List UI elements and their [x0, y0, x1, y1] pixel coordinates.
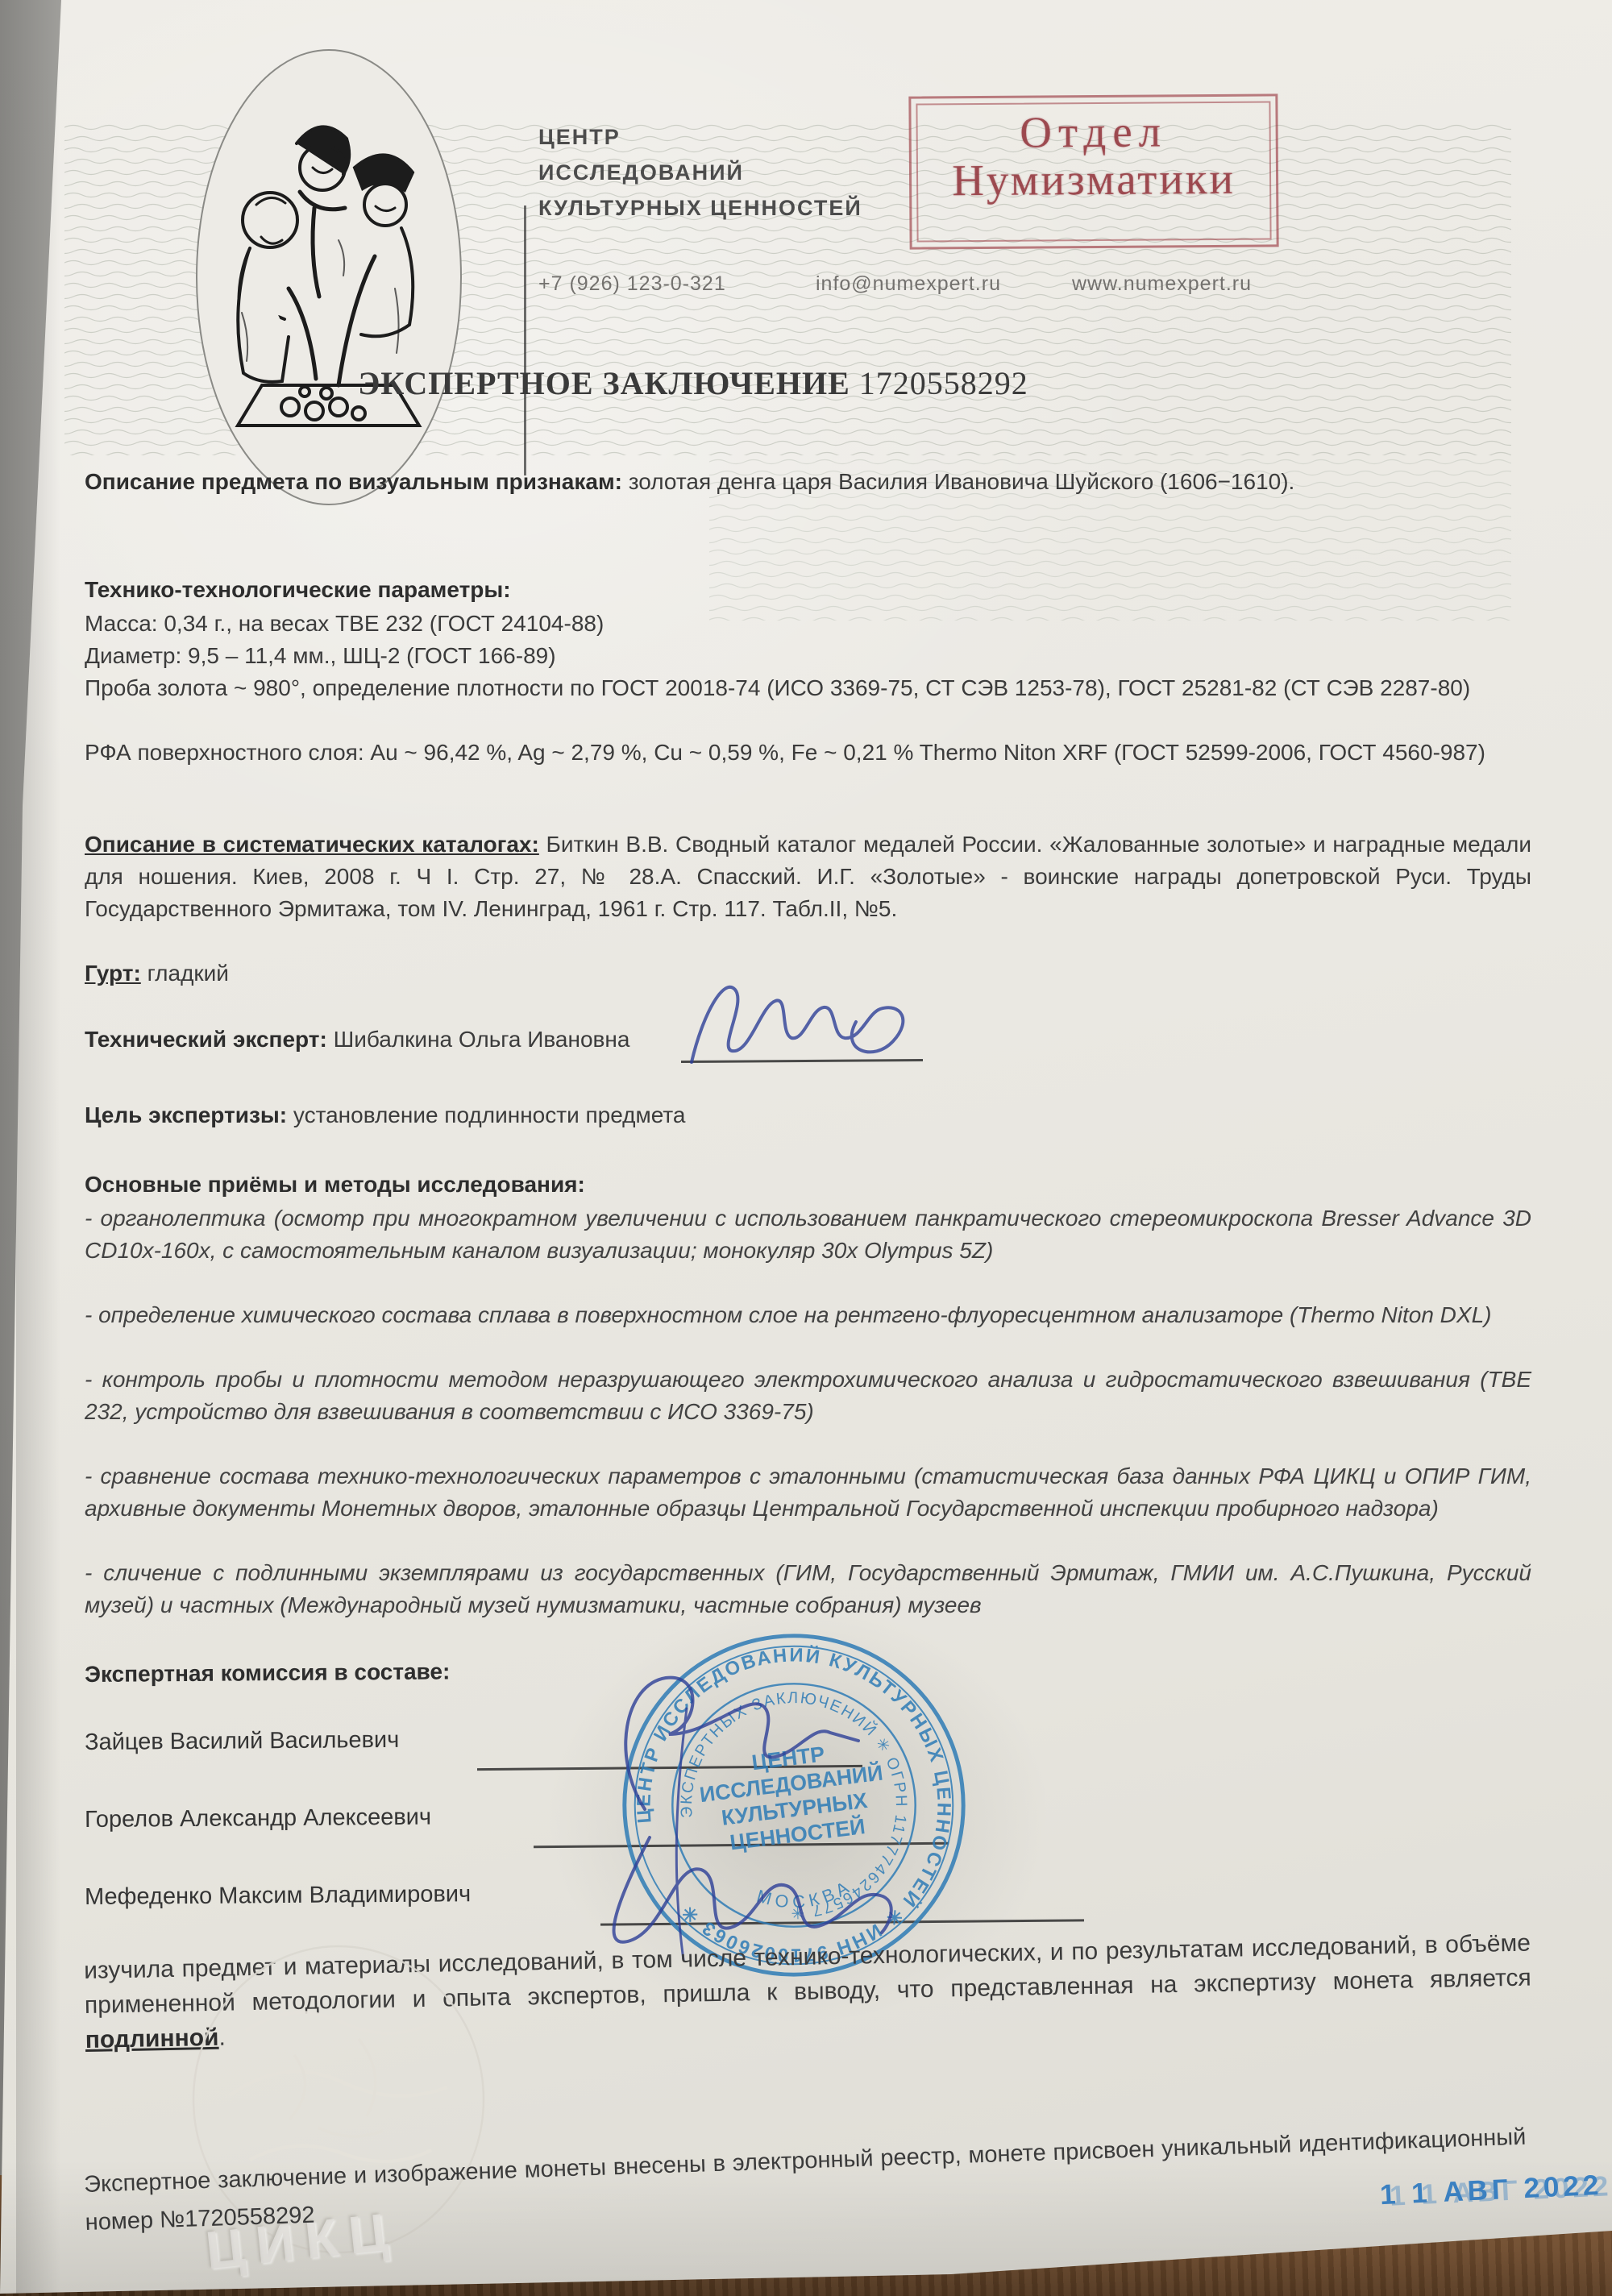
expert-signature-icon	[692, 987, 903, 1062]
member-signature-icon	[625, 1678, 858, 1809]
certificate-page: ЦЕНТР ИССЛЕДОВАНИЙ КУЛЬТУРНЫХ ЦЕННОСТЕЙ …	[0, 0, 1612, 2296]
member-signature-icon	[614, 1837, 891, 1942]
member-signature-icon	[676, 1709, 687, 1960]
document-photo: ЦЕНТР ИССЛЕДОВАНИЙ КУЛЬТУРНЫХ ЦЕННОСТЕЙ …	[0, 0, 1612, 2296]
